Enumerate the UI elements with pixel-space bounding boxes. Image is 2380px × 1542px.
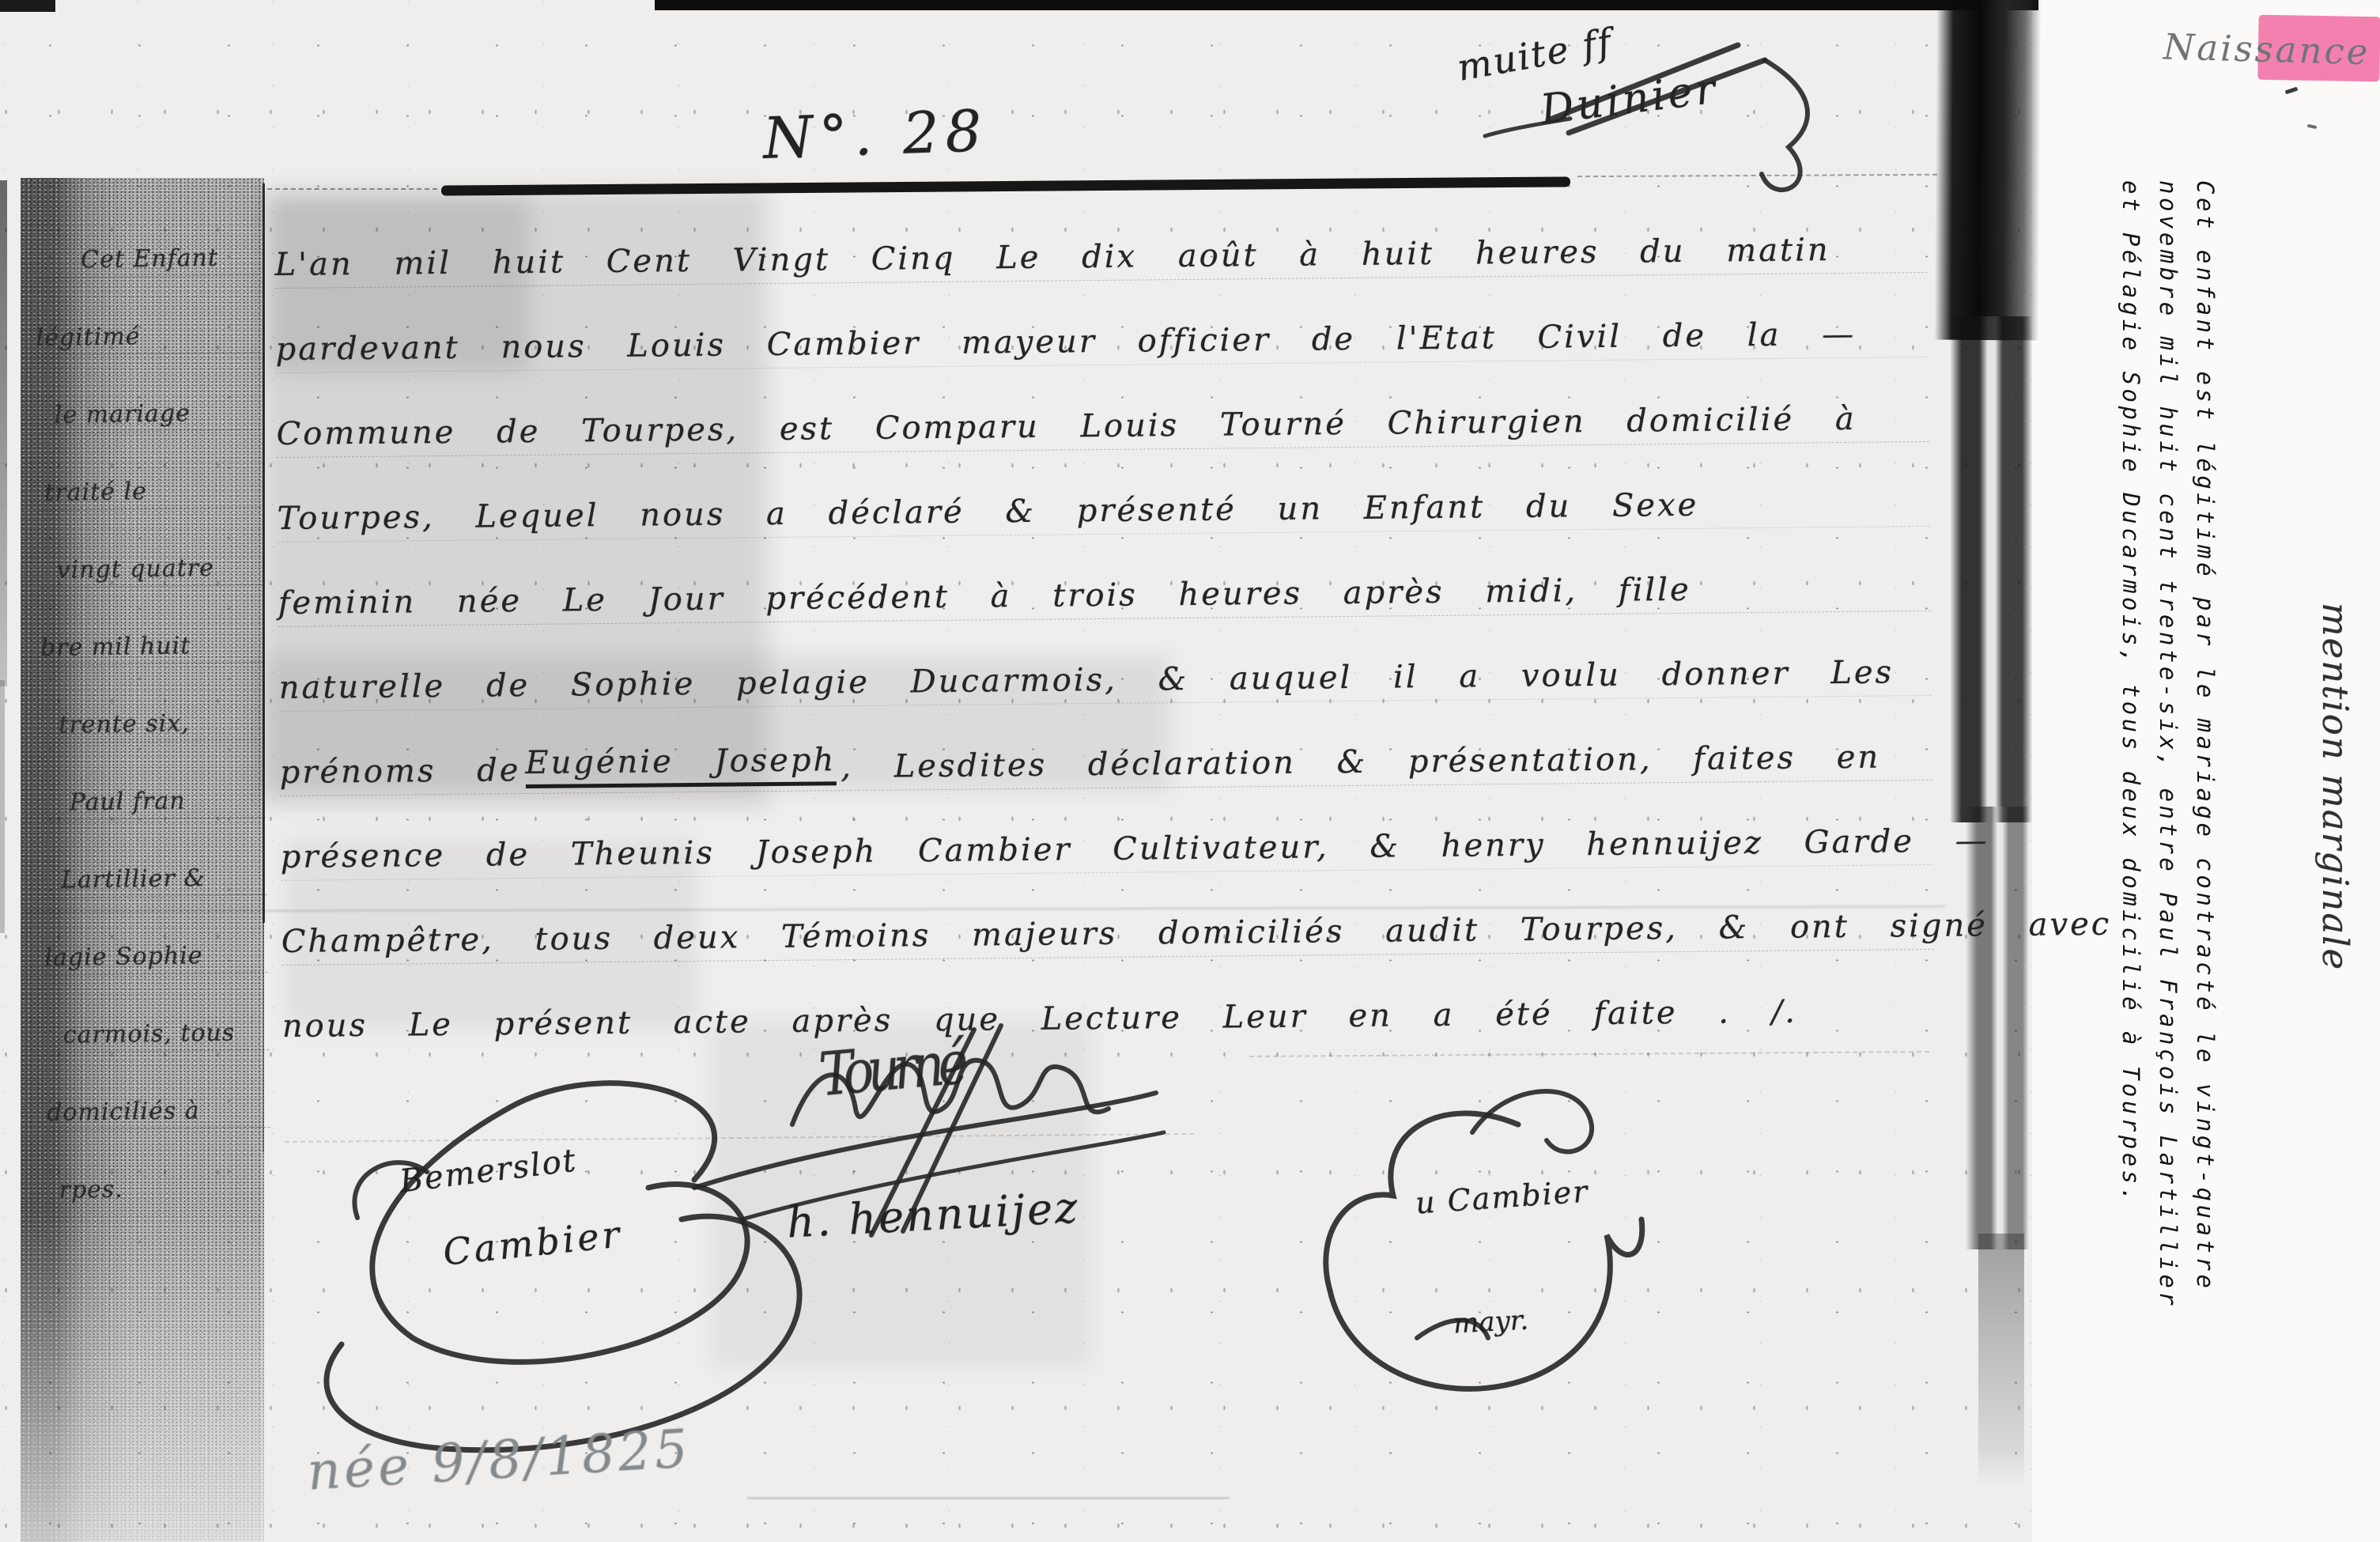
margin-note: Cet Enfant légitimé le mariage traité le… (34, 198, 271, 1208)
scan-edge-top (655, 0, 2038, 10)
signature-left-text: Bemerslot (398, 1142, 579, 1200)
scan-edge-left (0, 680, 5, 933)
page-edge-shadow (1950, 316, 2032, 822)
scan-edge-left (0, 180, 7, 686)
signature-right-text: u Cambier (1415, 1174, 1590, 1220)
margin-note-line: vingt quatre (39, 508, 263, 588)
margin-note-line: lagie Sophie (43, 895, 267, 976)
signature-center-text: h. hennuijez (786, 1182, 1081, 1247)
scan-edge-top-left (0, 0, 55, 12)
act-body-line: Tourpes, Lequel nous a déclaré & présent… (277, 442, 1930, 542)
typed-mention-line: et Pélagie Sophie Ducarmois, tous deux d… (2112, 180, 2149, 1287)
pencil-birthdate-note: née 9/8/1825 (305, 1418, 693, 1502)
act-body-line: L'an mil huit Cent Vingt Cinq Le dix aoû… (274, 188, 1928, 289)
margin-note-line: carmois, tous (45, 973, 269, 1053)
mention-marginale-label: mention marginale (2314, 603, 2356, 1204)
typed-mention-line: Cet enfant est légitimé par le mariage c… (2186, 180, 2223, 1287)
act-body-line: nous Le présent acte après que Lecture L… (281, 955, 1340, 1050)
page-edge-shadow (1966, 807, 2029, 1249)
page-edge-shadow (1978, 1234, 2024, 1487)
margin-note-line: domiciliés à (46, 1050, 270, 1131)
margin-note-line: Cet Enfant (34, 198, 258, 278)
signature-left-text: Cambier (441, 1212, 625, 1273)
margin-note-line: Lartillier & (43, 818, 266, 898)
margin-note-line: Paul fran (42, 740, 266, 821)
ruled-line-fragment (285, 1133, 1194, 1143)
act-body: L'an mil huit Cent Vingt Cinq Le dix aoû… (274, 188, 1935, 1050)
margin-note-line: trente six, (40, 663, 264, 743)
ruled-line-fragment (267, 188, 437, 190)
ruled-line-fragment (1249, 1051, 1929, 1057)
act-body-line: Commune de Tourpes, est Comparu Louis To… (276, 357, 1929, 458)
signature-left-flourish (327, 1083, 799, 1450)
typed-mention-line: novembre mil huit cent trente-six, entre… (2149, 180, 2186, 1287)
act-body-line: naturelle de Sophie pelagie Ducarmois, &… (278, 611, 1932, 712)
act-body-line: feminin née Le Jour précédent à trois he… (278, 527, 1931, 627)
signature-right-title: mayr. (1453, 1305, 1529, 1340)
act-body-line: présence de Theunis Joseph Cambier Culti… (280, 780, 1933, 881)
margin-note-line: traité le (37, 430, 261, 511)
ruled-line-fragment (1577, 174, 1937, 177)
fold-crease (747, 1497, 1230, 1499)
act-number: N°. 28 (762, 97, 989, 172)
margin-note-line: le mariage (36, 353, 260, 433)
signature-center-paraph: Tourné (817, 1029, 965, 1110)
line7-prefix: prénoms de (280, 752, 521, 791)
top-right-paraph-text: muite ff (1454, 20, 1616, 89)
page-edge-shadow (1935, 0, 2042, 340)
margin-note-line: rpes. (47, 1128, 271, 1208)
margin-note-line: légitimé (35, 275, 259, 356)
signature-right-flourish (1326, 1091, 1642, 1389)
naissance-label: Naissance (2163, 26, 2371, 74)
scanned-birth-record: Cet Enfant légitimé le mariage traité le… (0, 0, 2380, 1542)
act-body-line: Champêtre, tous deux Témoins majeurs dom… (281, 865, 1934, 966)
margin-note-line: bre mil huit (40, 585, 263, 666)
act-body-line: pardevant nous Louis Cambier mayeur offi… (275, 273, 1929, 373)
child-name-underlined: Eugénie Joseph (525, 742, 836, 788)
top-right-paraph-text: Duinier (1538, 65, 1721, 134)
act-body-line: prénoms de Eugénie Joseph , Lesdites déc… (279, 696, 1932, 796)
line7-suffix: , Lesdites déclaration & présentation, f… (841, 739, 1880, 786)
typed-marginal-mention: Cet enfant est légitimé par le mariage c… (2112, 180, 2223, 1287)
